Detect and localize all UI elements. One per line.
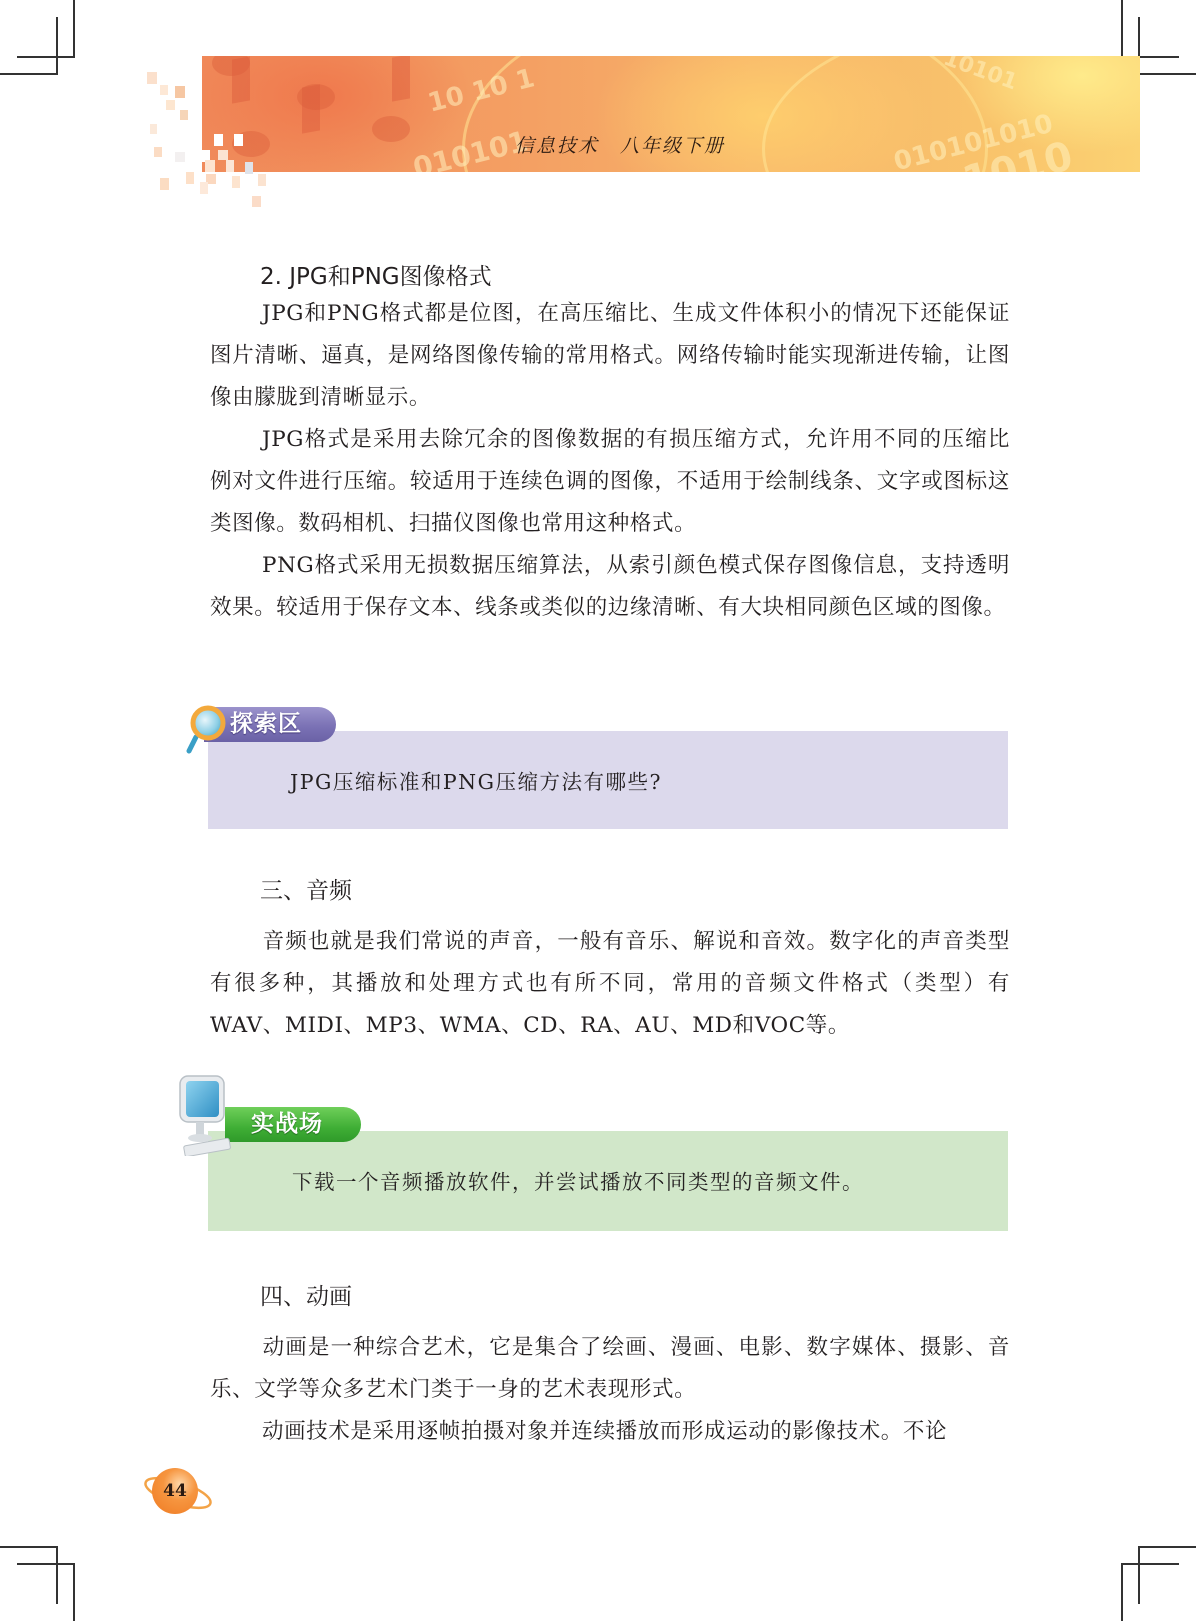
page-number: 44 xyxy=(152,1468,198,1514)
pixel-decoration xyxy=(160,178,169,190)
paragraph-text: 动画是一种综合艺术，它是集合了绘画、漫画、电影、数字媒体、摄影、音乐、文学等众多… xyxy=(210,1335,1010,1402)
crop-mark xyxy=(56,1546,58,1604)
crop-mark xyxy=(17,1563,75,1565)
crop-mark xyxy=(1121,1563,1123,1621)
pixel-decoration xyxy=(226,160,234,172)
section-heading: 2. JPG和PNG图像格式 xyxy=(260,258,492,291)
crop-mark xyxy=(1138,1546,1196,1548)
paragraph: PNG格式采用无损数据压缩算法，从索引颜色模式保存图像信息，支持透明效果。较适用… xyxy=(210,545,1010,629)
pixel-decoration xyxy=(218,150,228,160)
crop-mark xyxy=(73,0,75,57)
pixel-decoration xyxy=(205,160,215,172)
pixel-decoration xyxy=(180,110,188,120)
paragraph-text: JPG格式是采用去除冗余的图像数据的有损压缩方式，允许用不同的压缩比例对文件进行… xyxy=(210,427,1010,536)
practice-task: 下载一个音频播放软件，并尝试播放不同类型的音频文件。 xyxy=(292,1165,864,1195)
paragraph: 动画是一种综合艺术，它是集合了绘画、漫画、电影、数字媒体、摄影、音乐、文学等众多… xyxy=(210,1327,1010,1411)
section-heading: 三、音频 xyxy=(260,872,352,905)
pixel-decoration xyxy=(214,134,223,146)
pixel-decoration xyxy=(245,162,253,174)
section-heading: 四、动画 xyxy=(260,1278,352,1311)
paragraph-text: JPG和PNG格式都是位图，在高压缩比、生成文件体积小的情况下还能保证图片清晰、… xyxy=(210,301,1010,410)
explore-question: JPG压缩标准和PNG压缩方法有哪些? xyxy=(290,765,662,795)
crop-mark xyxy=(1121,1563,1179,1565)
explore-callout: JPG压缩标准和PNG压缩方法有哪些? xyxy=(208,731,1008,829)
banner-decoration xyxy=(372,116,410,142)
paragraph-text: PNG格式采用无损数据压缩算法，从索引颜色模式保存图像信息，支持透明效果。较适用… xyxy=(210,553,1010,620)
pixel-decoration xyxy=(200,182,208,194)
pixel-decoration xyxy=(150,124,157,134)
pixel-decoration xyxy=(175,152,185,162)
paragraph: JPG格式是采用去除冗余的图像数据的有损压缩方式，允许用不同的压缩比例对文件进行… xyxy=(210,419,1010,545)
book-title: 信息技术 八年级下册 xyxy=(515,131,725,158)
paragraph-text: 动画技术是采用逐帧拍摄对象并连续播放而形成运动的影像技术。不论 xyxy=(262,1419,947,1444)
crop-mark xyxy=(0,1546,58,1548)
pixel-decoration xyxy=(258,174,266,186)
pixel-decoration xyxy=(186,172,194,184)
pixel-decoration xyxy=(175,86,185,98)
crop-mark xyxy=(1138,73,1196,75)
banner-decoration xyxy=(232,56,250,103)
pixel-decoration xyxy=(252,196,261,207)
crop-mark xyxy=(0,73,58,75)
crop-mark xyxy=(73,1563,75,1621)
paragraph: JPG和PNG格式都是位图，在高压缩比、生成文件体积小的情况下还能保证图片清晰、… xyxy=(210,293,1010,419)
pixel-decoration xyxy=(234,134,243,146)
pixel-decoration xyxy=(160,85,168,95)
computer-monitor-icon xyxy=(178,1072,248,1156)
pixel-decoration xyxy=(147,72,157,84)
crop-mark xyxy=(1138,1546,1140,1604)
magnifier-icon xyxy=(186,703,230,755)
practice-callout: 下载一个音频播放软件，并尝试播放不同类型的音频文件。 xyxy=(208,1131,1008,1231)
pixel-decoration xyxy=(166,100,175,110)
paragraph-text: 音频也就是我们常说的声音，一般有音乐、解说和音效。数字化的声音类型有很多种，其播… xyxy=(210,929,1010,1038)
banner-decoration xyxy=(302,84,320,133)
paragraph: 动画技术是采用逐帧拍摄对象并连续播放而形成运动的影像技术。不论 xyxy=(210,1411,1010,1453)
crop-mark xyxy=(56,17,58,74)
paragraph: 音频也就是我们常说的声音，一般有音乐、解说和音效。数字化的声音类型有很多种，其播… xyxy=(210,921,1010,1047)
pixel-decoration xyxy=(232,176,240,188)
crop-mark xyxy=(1121,0,1123,57)
banner-decoration xyxy=(392,56,410,102)
crop-mark xyxy=(17,56,75,58)
pixel-decoration xyxy=(154,147,162,157)
